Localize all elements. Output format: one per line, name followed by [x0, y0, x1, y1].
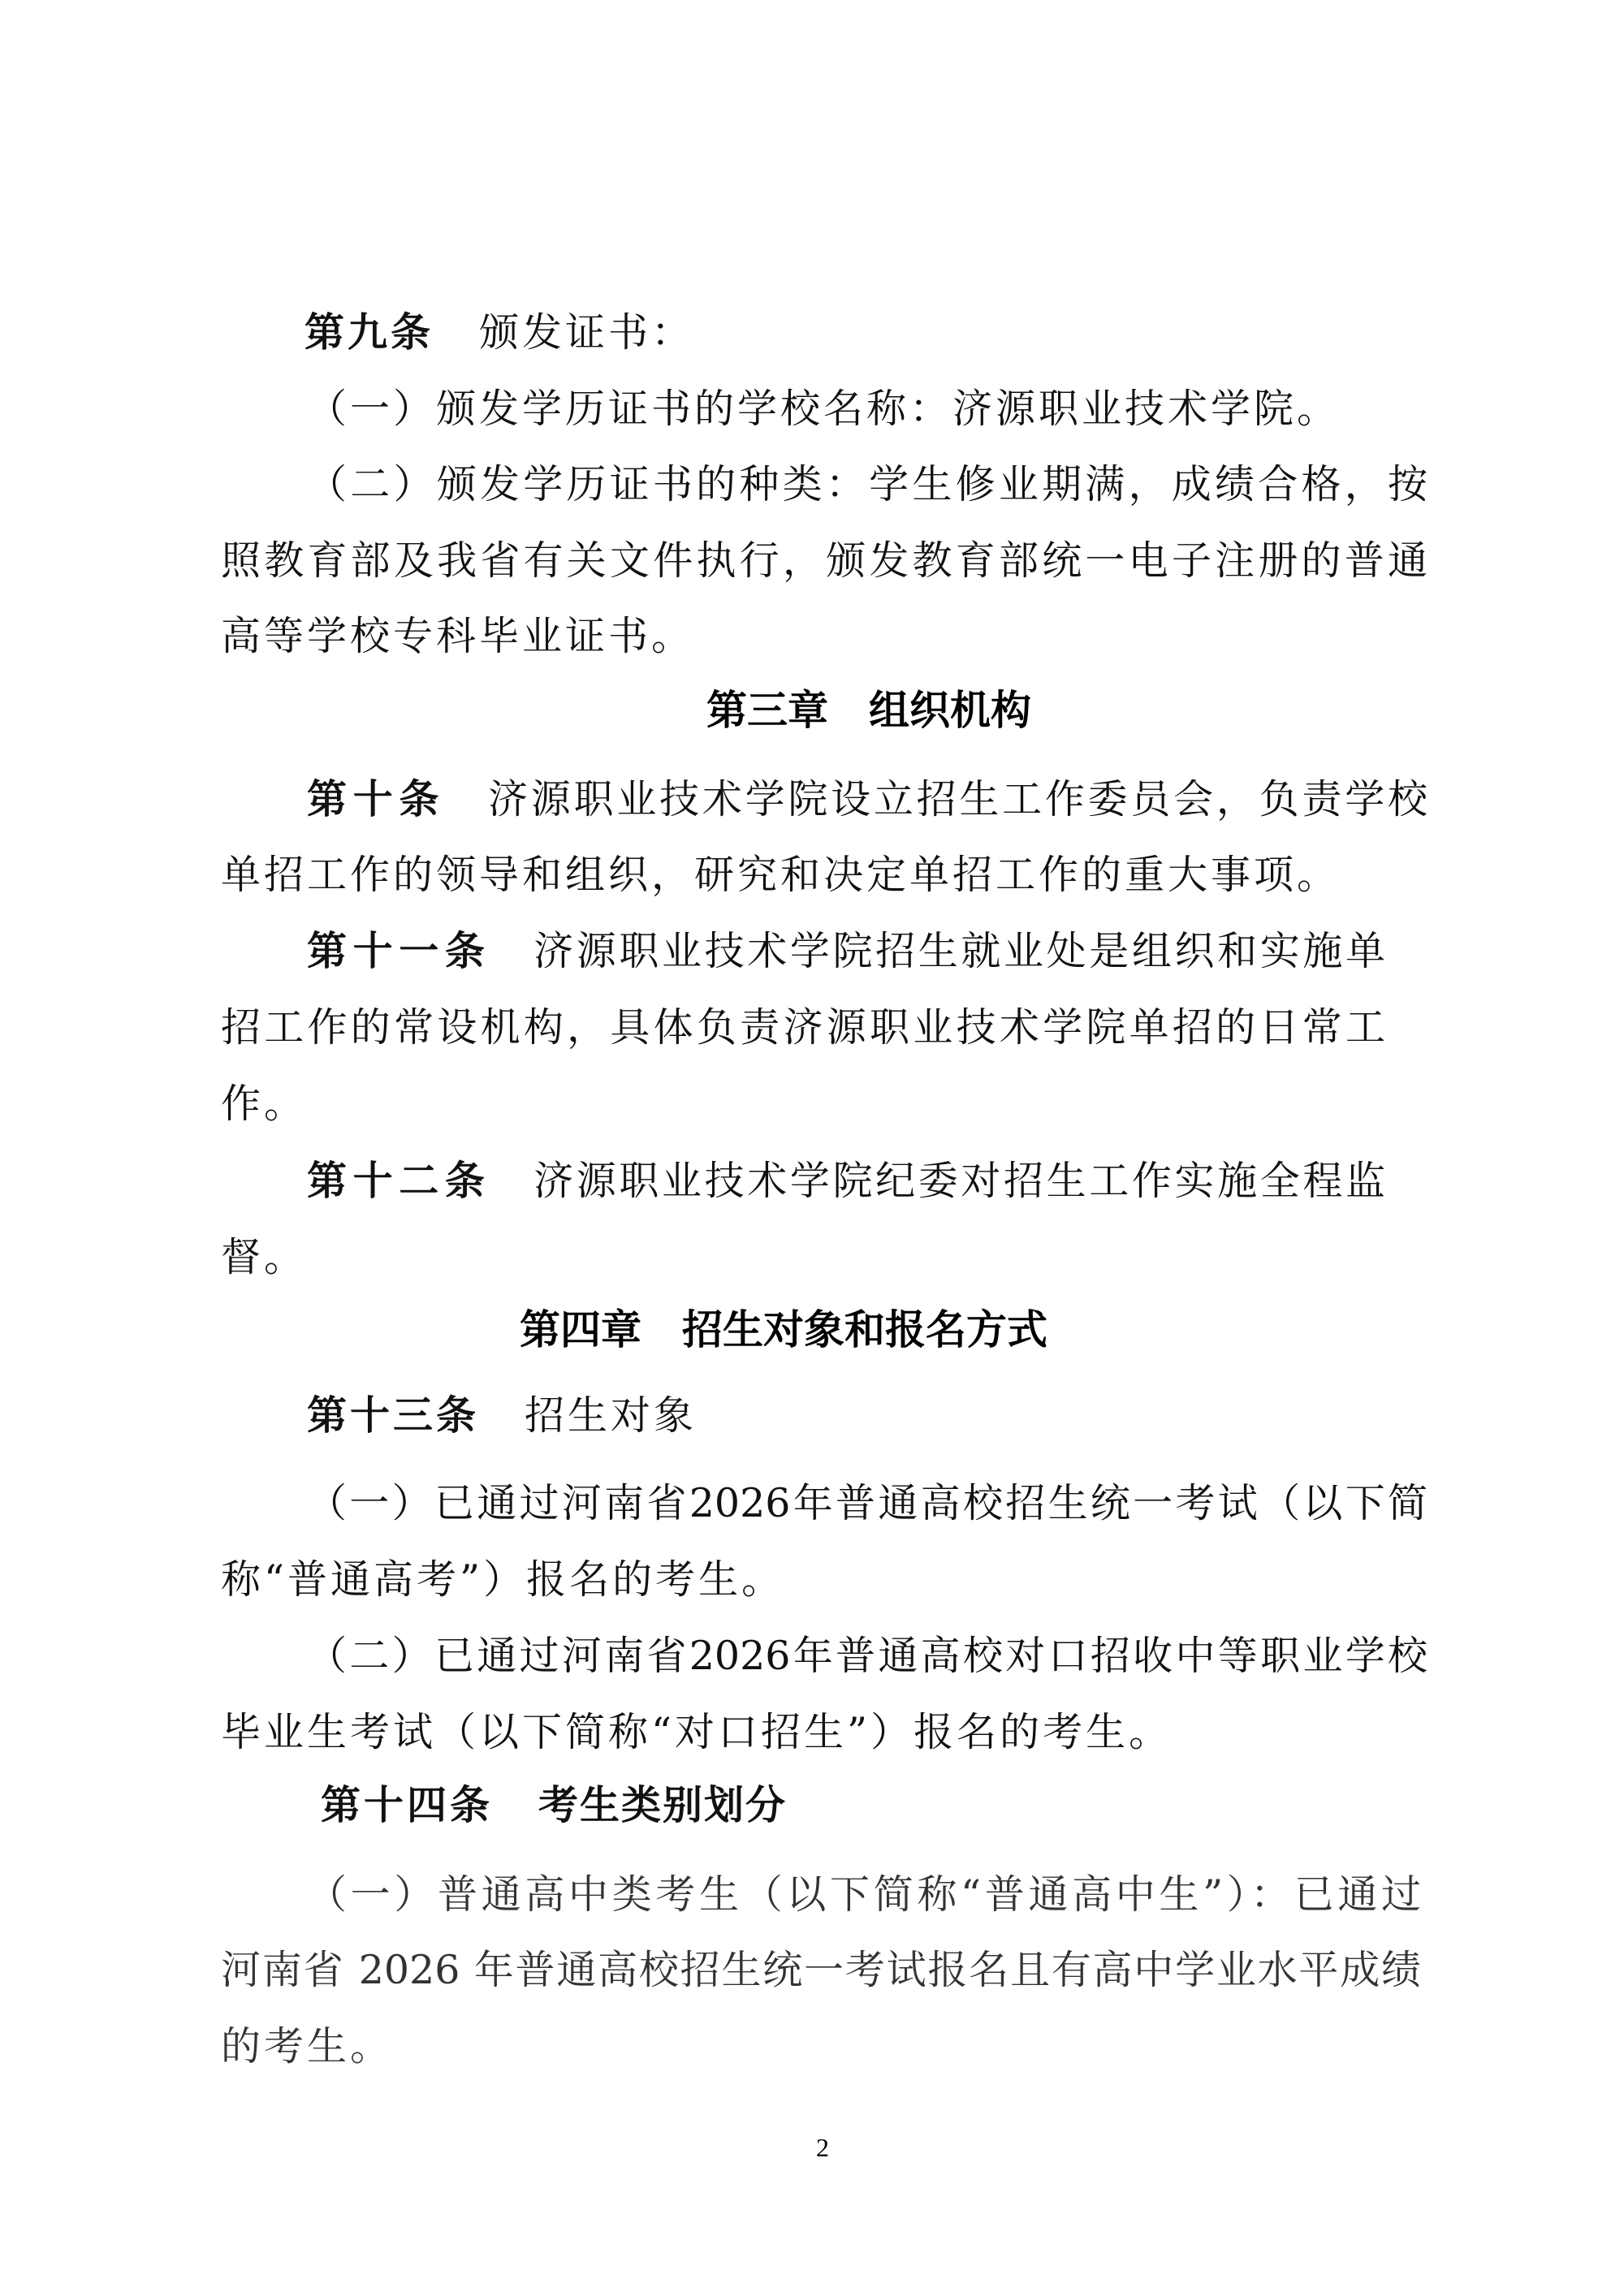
article-10-line: 第十条 济源职业技术学院设立招生工作委员会，负责学校	[307, 775, 1427, 824]
paragraph-line: 单招工作的领导和组织，研究和决定单招工作的重大事项。	[221, 851, 1427, 900]
paragraph-line: 招工作的常设机构，具体负责济源职业技术学院单招的日常工	[221, 1003, 1385, 1052]
article-number: 第十条	[307, 776, 445, 822]
paragraph-line: （二）颁发学历证书的种类：学生修业期满，成绩合格，按	[307, 460, 1427, 509]
paragraph-line: 河南省 2026 年普通高校招生统一考试报名且有高中学业水平成绩	[221, 1946, 1421, 1995]
article-number: 第十四条	[321, 1782, 493, 1828]
paragraph-line: 照教育部及我省有关文件执行，颁发教育部统一电子注册的普通	[221, 537, 1427, 585]
article-11-line: 第十一条 济源职业技术学院招生就业处是组织和实施单	[307, 927, 1385, 976]
article-number: 第九条	[304, 309, 434, 356]
article-title: 招生对象	[525, 1392, 697, 1439]
article-14-heading: 第十四条考生类别划分	[321, 1781, 1052, 1830]
article-12-line: 第十二条 济源职业技术学院纪委对招生工作实施全程监	[307, 1157, 1385, 1206]
article-9-heading: 第九条颁发证书：	[304, 309, 873, 357]
article-title: 考生类别划分	[538, 1782, 787, 1828]
paragraph-line: （一）普通高中类考生（以下简称“普通高中生”）：已通过	[307, 1871, 1421, 1919]
paragraph-line: （一）颁发学历证书的学校名称：济源职业技术学院。	[307, 385, 1427, 434]
paragraph-line: 毕业生考试（以下简称“对口招生”）报名的考生。	[221, 1708, 1427, 1757]
paragraph-line: 作。	[221, 1080, 546, 1129]
article-number: 第十三条	[307, 1392, 479, 1439]
article-title: 颁发证书：	[479, 309, 694, 356]
paragraph-line: （二）已通过河南省2026年普通高校对口招收中等职业学校	[307, 1632, 1427, 1681]
paragraph-line: 称“普通高考”）报名的考生。	[221, 1556, 1427, 1604]
article-13-heading: 第十三条招生对象	[307, 1392, 1038, 1440]
page-number: 2	[804, 2134, 841, 2161]
paragraph-line: 督。	[221, 1233, 546, 1282]
document-page: 第九条颁发证书： （一）颁发学历证书的学校名称：济源职业技术学院。 （二）颁发学…	[0, 0, 1624, 2296]
chapter-heading: 第三章 组织机构	[650, 686, 1088, 735]
paragraph-line: 高等学校专科毕业证书。	[221, 612, 1427, 661]
paragraph-line: （一）已通过河南省2026年普通高校招生统一考试（以下简	[307, 1479, 1427, 1528]
chapter-heading: 第四章 招生对象和报名方式	[520, 1306, 983, 1354]
paragraph-line: 的考生。	[221, 2022, 708, 2071]
article-number: 第十一条	[307, 928, 491, 974]
article-number: 第十二条	[307, 1158, 491, 1204]
